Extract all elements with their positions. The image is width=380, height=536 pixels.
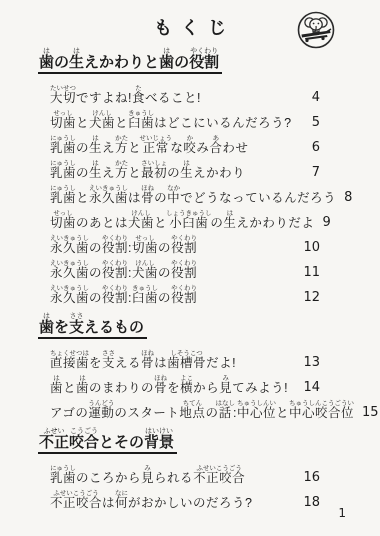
elephant-stamp-logo: [297, 11, 335, 49]
elephant-on-plane-icon: [297, 11, 335, 49]
toc-item: アゴの運動うんどうのスタート地点ちてんの話はなし:中心位ちゅうしんいと中心咬合位…: [50, 394, 320, 419]
toc-section: 不正ふせい咬合こうごうとその背景はいけい乳歯にゅうしのころから見みられる不正咬合…: [38, 428, 320, 509]
toc-item-title: 乳歯にゅうしの生はえ方かたと正常せいじょうな咬かみ合あわせ: [50, 135, 248, 155]
footer-page-number: 1: [338, 506, 346, 520]
toc-item: 乳歯にゅうしの生はえ方かたと最初さいしょの生はえかわり7: [50, 154, 320, 179]
toc-item-page: 9: [314, 216, 330, 229]
toc-item-title: 乳歯にゅうしと永久歯えいきゅうしは骨ほねの中なかでどうなっているんだろう: [50, 185, 336, 205]
toc-item: 永久歯えいきゅうしの役割やくわり:臼歯きゅうしの役割やくわり12: [50, 279, 320, 304]
toc-item: 歯はと歯はのまわりの骨ほねを横よこから見みてみよう!14: [50, 369, 320, 394]
toc-item-page: 5: [304, 116, 320, 129]
toc-item-title: 切歯せっしと犬歯けんしと臼歯きゅうしはどこにいるんだろう?: [50, 110, 292, 130]
toc-item-title: 直接歯ちょくせつはを支ささえる骨ほねは歯槽骨しそうこつだよ!: [50, 350, 236, 370]
toc-item: 永久歯えいきゅうしの役割やくわり:犬歯けんしの役割やくわり11: [50, 254, 320, 279]
toc-item-page: 10: [295, 241, 320, 254]
toc-item-title: 大切たいせつですよね!食たべること!: [50, 85, 201, 105]
toc-item-page: 6: [304, 141, 320, 154]
toc-item-page: 12: [295, 291, 320, 304]
section-heading: 歯はを支ささえるもの: [38, 313, 320, 339]
toc-item: 切歯せっしと犬歯けんしと臼歯きゅうしはどこにいるんだろう?5: [50, 104, 320, 129]
toc-item: 不正咬合ふせいこうごうは何なにがおかしいのだろう?18: [50, 484, 320, 509]
toc-section: 歯はの生はえかわりと歯はの役割やくわり大切たいせつですよね!食たべること!4切歯…: [38, 48, 320, 304]
toc-item-page: 11: [295, 266, 320, 279]
toc-item-page: 8: [336, 191, 352, 204]
toc-item: 乳歯にゅうしの生はえ方かたと正常せいじょうな咬かみ合あわせ6: [50, 129, 320, 154]
toc-item: 乳歯にゅうしと永久歯えいきゅうしは骨ほねの中なかでどうなっているんだろう8: [50, 179, 320, 204]
toc-item-title: 乳歯にゅうしの生はえ方かたと最初さいしょの生はえかわり: [50, 160, 245, 180]
toc-item-title: 歯はと歯はのまわりの骨ほねを横よこから見みてみよう!: [50, 375, 288, 395]
toc-item: 乳歯にゅうしのころから見みられる不正咬合ふせいこうごう16: [50, 459, 320, 484]
section-heading: 不正ふせい咬合こうごうとその背景はいけい: [38, 428, 320, 454]
toc-item-page: 4: [304, 91, 320, 104]
toc-item: 直接歯ちょくせつはを支ささえる骨ほねは歯槽骨しそうこつだよ!13: [50, 344, 320, 369]
toc-item-title: 永久歯えいきゅうしの役割やくわり:臼歯きゅうしの役割やくわり: [50, 285, 197, 305]
toc-item-title: 永久歯えいきゅうしの役割やくわり:切歯せっしの役割やくわり: [50, 235, 197, 255]
toc-item: 大切たいせつですよね!食たべること!4: [50, 79, 320, 104]
toc-item-page: 7: [304, 166, 320, 179]
toc-item: 切歯せっしのあとは犬歯けんしと小臼歯しょうきゅうしの生はえかわりだよ9: [50, 204, 320, 229]
scanned-toc-page: もくじ 歯はの生はえかわりと歯はの役割やくわり大切たいせつですよね!食たべること…: [0, 0, 380, 536]
toc-item-page: 14: [295, 381, 320, 394]
toc-item-title: 乳歯にゅうしのころから見みられる不正咬合ふせいこうごう: [50, 465, 245, 485]
toc-item: 永久歯えいきゅうしの役割やくわり:切歯せっしの役割やくわり10: [50, 229, 320, 254]
toc-item-page: 18: [295, 496, 320, 509]
toc-item-page: 16: [295, 471, 320, 484]
toc-item-title: 永久歯えいきゅうしの役割やくわり:犬歯けんしの役割やくわり: [50, 260, 197, 280]
toc-item-title: 不正咬合ふせいこうごうは何なにがおかしいのだろう?: [50, 490, 253, 510]
section-heading: 歯はの生はえかわりと歯はの役割やくわり: [38, 48, 320, 74]
toc-item-page: 15: [354, 406, 379, 419]
toc-item-title: アゴの運動うんどうのスタート地点ちてんの話はなし:中心位ちゅうしんいと中心咬合位…: [50, 400, 354, 420]
toc-content: 歯はの生はえかわりと歯はの役割やくわり大切たいせつですよね!食たべること!4切歯…: [38, 48, 320, 509]
toc-section: 歯はを支ささえるもの直接歯ちょくせつはを支ささえる骨ほねは歯槽骨しそうこつだよ!…: [38, 313, 320, 419]
toc-item-page: 13: [295, 356, 320, 369]
toc-item-title: 切歯せっしのあとは犬歯けんしと小臼歯しょうきゅうしの生はえかわりだよ: [50, 210, 314, 230]
